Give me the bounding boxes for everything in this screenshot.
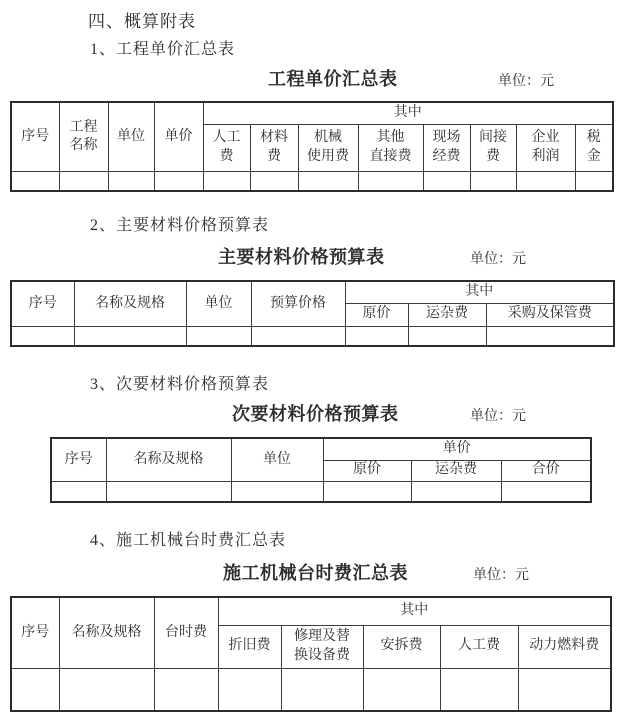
sub-col-material-cost: 材料 费 <box>250 124 298 171</box>
empty-data-cell <box>575 171 613 191</box>
header-machine-hour-fee: 台时费 <box>154 597 218 668</box>
empty-data-cell <box>218 668 281 711</box>
header-seq-no: 序号 <box>51 438 106 481</box>
empty-data-cell <box>203 171 250 191</box>
empty-data-cell <box>59 171 108 191</box>
table-main-material-price-budget: 序号 名称及规格 单位 预算价格 其中 原价 运杂费 采购及保管费 <box>10 280 615 347</box>
sub-col-other-direct-cost: 其他 直接费 <box>358 124 423 171</box>
empty-data-cell <box>51 481 106 502</box>
table-4-unit-label: 单位：元 <box>473 564 529 584</box>
empty-data-cell <box>516 171 575 191</box>
empty-data-cell <box>186 326 251 346</box>
sub-col-labor-cost: 人工费 <box>440 625 518 668</box>
sub-col-indirect-cost: 间接 费 <box>470 124 516 171</box>
header-seq-no: 序号 <box>11 597 59 668</box>
section-2-item-label: 2、主要材料价格预算表 <box>90 212 269 235</box>
sub-col-procurement-storage-cost: 采购及保管费 <box>486 303 614 326</box>
sub-col-base-price: 原价 <box>323 460 411 481</box>
table-2-title: 主要材料价格预算表 <box>218 243 385 269</box>
table-project-unit-price-summary: 序号 工程 名称 单位 单价 其中 人工 费 材料 费 机械 使用费 其他 直接… <box>10 101 614 192</box>
empty-data-cell <box>323 481 411 502</box>
sub-col-enterprise-profit: 企业 利润 <box>516 124 575 171</box>
header-name-spec: 名称及规格 <box>106 438 231 481</box>
sub-col-base-price: 原价 <box>345 303 408 326</box>
table-3-title: 次要材料价格预算表 <box>232 400 399 426</box>
empty-data-cell <box>251 326 345 346</box>
sub-col-site-expense: 现场 经费 <box>423 124 470 171</box>
header-unit: 单位 <box>108 102 154 171</box>
empty-data-cell <box>440 668 518 711</box>
table-construction-machinery-hour-fee-summary: 序号 名称及规格 台时费 其中 折旧费 修理及替 换设备费 安拆费 人工费 动力… <box>10 596 612 712</box>
empty-data-cell <box>154 668 218 711</box>
empty-data-cell <box>298 171 358 191</box>
table-3-unit-label: 单位：元 <box>470 405 526 425</box>
table-row <box>51 481 591 502</box>
table-1-title: 工程单价汇总表 <box>268 65 398 91</box>
header-unit: 单位 <box>231 438 323 481</box>
sub-col-freight-misc-cost: 运杂费 <box>408 303 486 326</box>
sub-col-total-price: 合价 <box>501 460 591 481</box>
header-name-spec: 名称及规格 <box>74 281 186 326</box>
table-row <box>11 668 611 711</box>
sub-col-power-fuel-cost: 动力燃料费 <box>518 625 611 668</box>
sub-col-install-dismantle-cost: 安拆费 <box>363 625 440 668</box>
section-3-item-label: 3、次要材料价格预算表 <box>90 371 269 394</box>
empty-data-cell <box>408 326 486 346</box>
table-2-unit-label: 单位：元 <box>470 248 526 268</box>
sub-col-depreciation-cost: 折旧费 <box>218 625 281 668</box>
header-unit: 单位 <box>186 281 251 326</box>
empty-data-cell <box>358 171 423 191</box>
page-title: 四、概算附表 <box>88 7 196 32</box>
group-header-breakdown: 其中 <box>203 102 613 124</box>
header-budget-price: 预算价格 <box>251 281 345 326</box>
empty-data-cell <box>423 171 470 191</box>
table-1-unit-label: 单位：元 <box>498 70 554 90</box>
table-row <box>11 326 614 346</box>
section-4-item-label: 4、施工机械台时费汇总表 <box>90 527 286 550</box>
header-unit-price: 单价 <box>154 102 203 171</box>
sub-col-machinery-usage-cost: 机械 使用费 <box>298 124 358 171</box>
header-seq-no: 序号 <box>11 281 74 326</box>
empty-data-cell <box>363 668 440 711</box>
table-secondary-material-price-budget: 序号 名称及规格 单位 单价 原价 运杂费 合价 <box>50 437 592 503</box>
empty-data-cell <box>250 171 298 191</box>
empty-data-cell <box>231 481 323 502</box>
empty-data-cell <box>74 326 186 346</box>
header-seq-no: 序号 <box>11 102 59 171</box>
header-name-spec: 名称及规格 <box>59 597 154 668</box>
group-header-breakdown: 其中 <box>218 597 611 625</box>
empty-data-cell <box>11 326 74 346</box>
group-header-unit-price: 单价 <box>323 438 591 460</box>
sub-col-repair-replacement-cost: 修理及替 换设备费 <box>281 625 363 668</box>
table-row <box>11 171 613 191</box>
empty-data-cell <box>106 481 231 502</box>
table-4-title: 施工机械台时费汇总表 <box>223 559 408 585</box>
empty-data-cell <box>501 481 591 502</box>
empty-data-cell <box>345 326 408 346</box>
empty-data-cell <box>281 668 363 711</box>
empty-data-cell <box>411 481 501 502</box>
header-project-name: 工程 名称 <box>59 102 108 171</box>
empty-data-cell <box>486 326 614 346</box>
sub-col-tax: 税 金 <box>575 124 613 171</box>
empty-data-cell <box>470 171 516 191</box>
empty-data-cell <box>59 668 154 711</box>
empty-data-cell <box>11 171 59 191</box>
sub-col-labor-cost: 人工 费 <box>203 124 250 171</box>
empty-data-cell <box>11 668 59 711</box>
empty-data-cell <box>154 171 203 191</box>
empty-data-cell <box>518 668 611 711</box>
empty-data-cell <box>108 171 154 191</box>
sub-col-freight-misc-cost: 运杂费 <box>411 460 501 481</box>
group-header-breakdown: 其中 <box>345 281 614 303</box>
section-1-item-label: 1、工程单价汇总表 <box>90 36 235 59</box>
